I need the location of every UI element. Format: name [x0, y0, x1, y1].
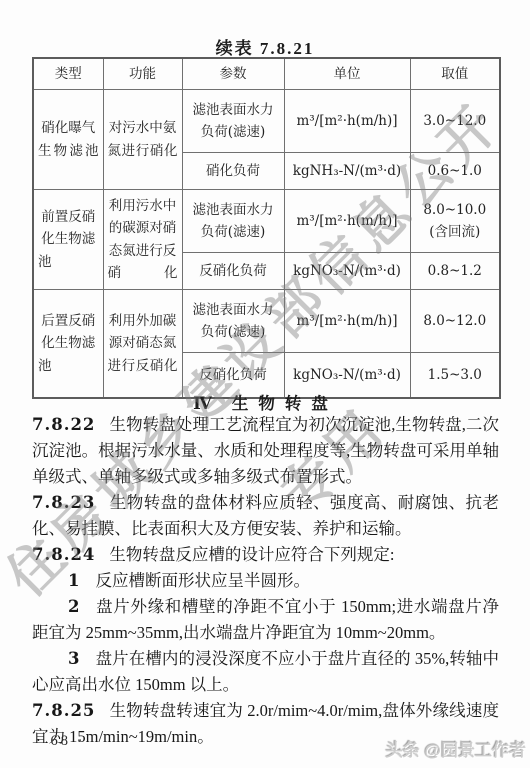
- clause-7-8-23: 7.8.23生物转盘的盘体材料应质轻、强度高、耐腐蚀、抗老化、易挂膜、比表面积大…: [32, 490, 499, 542]
- clause-item-2: 2盘片外缘和槽壁的净距不宜小于 150mm;进水端盘片净距宜为 25mm~35m…: [32, 594, 499, 646]
- col-header-unit: 单位: [284, 58, 410, 90]
- item-text: 盘片外缘和槽壁的净距不宜小于 150mm;进水端盘片净距宜为 25mm~35mm…: [32, 597, 499, 642]
- clause-number: 7.8.22: [32, 415, 95, 434]
- cell-function: 利用污水中的碳源对硝态氮进行反硝化: [103, 190, 182, 290]
- clause-item-3: 3盘片在槽内的浸没深度不应小于盘片直径的 35%,转轴中心应高出水位 150mm…: [32, 646, 499, 698]
- clause-7-8-22: 7.8.22生物转盘处理工艺流程宜为初次沉淀池,生物转盘,二次沉淀池。根据污水水…: [32, 412, 499, 490]
- item-text: 反应槽断面形状应呈半圆形。: [95, 571, 310, 590]
- col-header-parameter: 参数: [182, 58, 284, 90]
- table-row: 前置反硝化生物滤池 利用污水中的碳源对硝态氮进行反硝化 滤池表面水力负荷(滤速)…: [33, 190, 500, 253]
- cell-function: 对污水中氨氮进行硝化: [103, 90, 182, 190]
- cell-parameter: 滤池表面水力负荷(滤速): [182, 290, 284, 353]
- item-number: 3: [68, 649, 79, 668]
- cell-unit: m³/[m²·h(m/h)]: [284, 290, 410, 353]
- section-numeral: Ⅳ: [193, 394, 212, 413]
- cell-unit: kgNO₃-N/(m³·d): [284, 253, 410, 290]
- item-number: 1: [68, 571, 79, 590]
- item-number: 2: [68, 597, 79, 616]
- section-title: 生物转盘: [232, 394, 338, 413]
- cell-value: 0.8~1.2: [410, 253, 500, 290]
- col-header-function: 功能: [103, 58, 182, 90]
- cell-parameter: 硝化负荷: [182, 153, 284, 190]
- cell-unit: m³/[m²·h(m/h)]: [284, 190, 410, 253]
- document-page: 住房城乡建设部信息公开 专用 续表 7.8.21 类型 功能 参数 单位 取值 …: [0, 0, 530, 768]
- table-row: 后置反硝化生物滤池 利用外加碳源对硝态氮进行反硝化 滤池表面水力负荷(滤速) m…: [33, 290, 500, 353]
- clauses-block: 7.8.22生物转盘处理工艺流程宜为初次沉淀池,生物转盘,二次沉淀池。根据污水水…: [32, 412, 499, 750]
- biofilter-parameters-table: 类型 功能 参数 单位 取值 硝化曝气生物滤池 对污水中氨氮进行硝化 滤池表面水…: [32, 57, 501, 399]
- cell-unit: m³/[m²·h(m/h)]: [284, 90, 410, 153]
- cell-value: 3.0~12.0: [410, 90, 500, 153]
- clause-number: 7.8.24: [32, 545, 95, 564]
- col-header-value: 取值: [410, 58, 500, 90]
- clause-text: 生物转盘反应槽的设计应符合下列规定:: [109, 545, 394, 564]
- clause-item-1: 1反应槽断面形状应呈半圆形。: [32, 568, 499, 594]
- table-title: 续表 7.8.21: [0, 34, 530, 59]
- col-header-type: 类型: [33, 58, 103, 90]
- cell-type: 后置反硝化生物滤池: [33, 290, 103, 399]
- cell-value: 0.6~1.0: [410, 153, 500, 190]
- clause-text: 生物转盘的盘体材料应质轻、强度高、耐腐蚀、抗老化、易挂膜、比表面积大及方便安装、…: [32, 493, 499, 538]
- cell-value: 8.0~12.0: [410, 290, 500, 353]
- clause-number: 7.8.23: [32, 493, 95, 512]
- cell-parameter: 滤池表面水力负荷(滤速): [182, 190, 284, 253]
- cell-function: 利用外加碳源对硝态氮进行反硝化: [103, 290, 182, 399]
- item-text: 盘片在槽内的浸没深度不应小于盘片直径的 35%,转轴中心应高出水位 150mm …: [32, 649, 499, 694]
- clause-number: 7.8.25: [32, 701, 95, 720]
- table-header-row: 类型 功能 参数 单位 取值: [33, 58, 500, 90]
- clause-7-8-24: 7.8.24生物转盘反应槽的设计应符合下列规定:: [32, 542, 499, 568]
- table-row: 硝化曝气生物滤池 对污水中氨氮进行硝化 滤池表面水力负荷(滤速) m³/[m²·…: [33, 90, 500, 153]
- section-heading: Ⅳ生物转盘: [32, 390, 499, 414]
- footer-credit: 头条 @园景工作者: [386, 736, 526, 761]
- cell-value: 8.0~10.0 (含回流): [410, 190, 500, 253]
- page-number: · 68 ·: [36, 733, 85, 750]
- cell-parameter: 反硝化负荷: [182, 253, 284, 290]
- clause-text: 生物转盘处理工艺流程宜为初次沉淀池,生物转盘,二次沉淀池。根据污水水量、水质和处…: [32, 415, 499, 486]
- cell-unit: kgNH₃-N/(m³·d): [284, 153, 410, 190]
- cell-type: 硝化曝气生物滤池: [33, 90, 103, 190]
- cell-parameter: 滤池表面水力负荷(滤速): [182, 90, 284, 153]
- cell-type: 前置反硝化生物滤池: [33, 190, 103, 290]
